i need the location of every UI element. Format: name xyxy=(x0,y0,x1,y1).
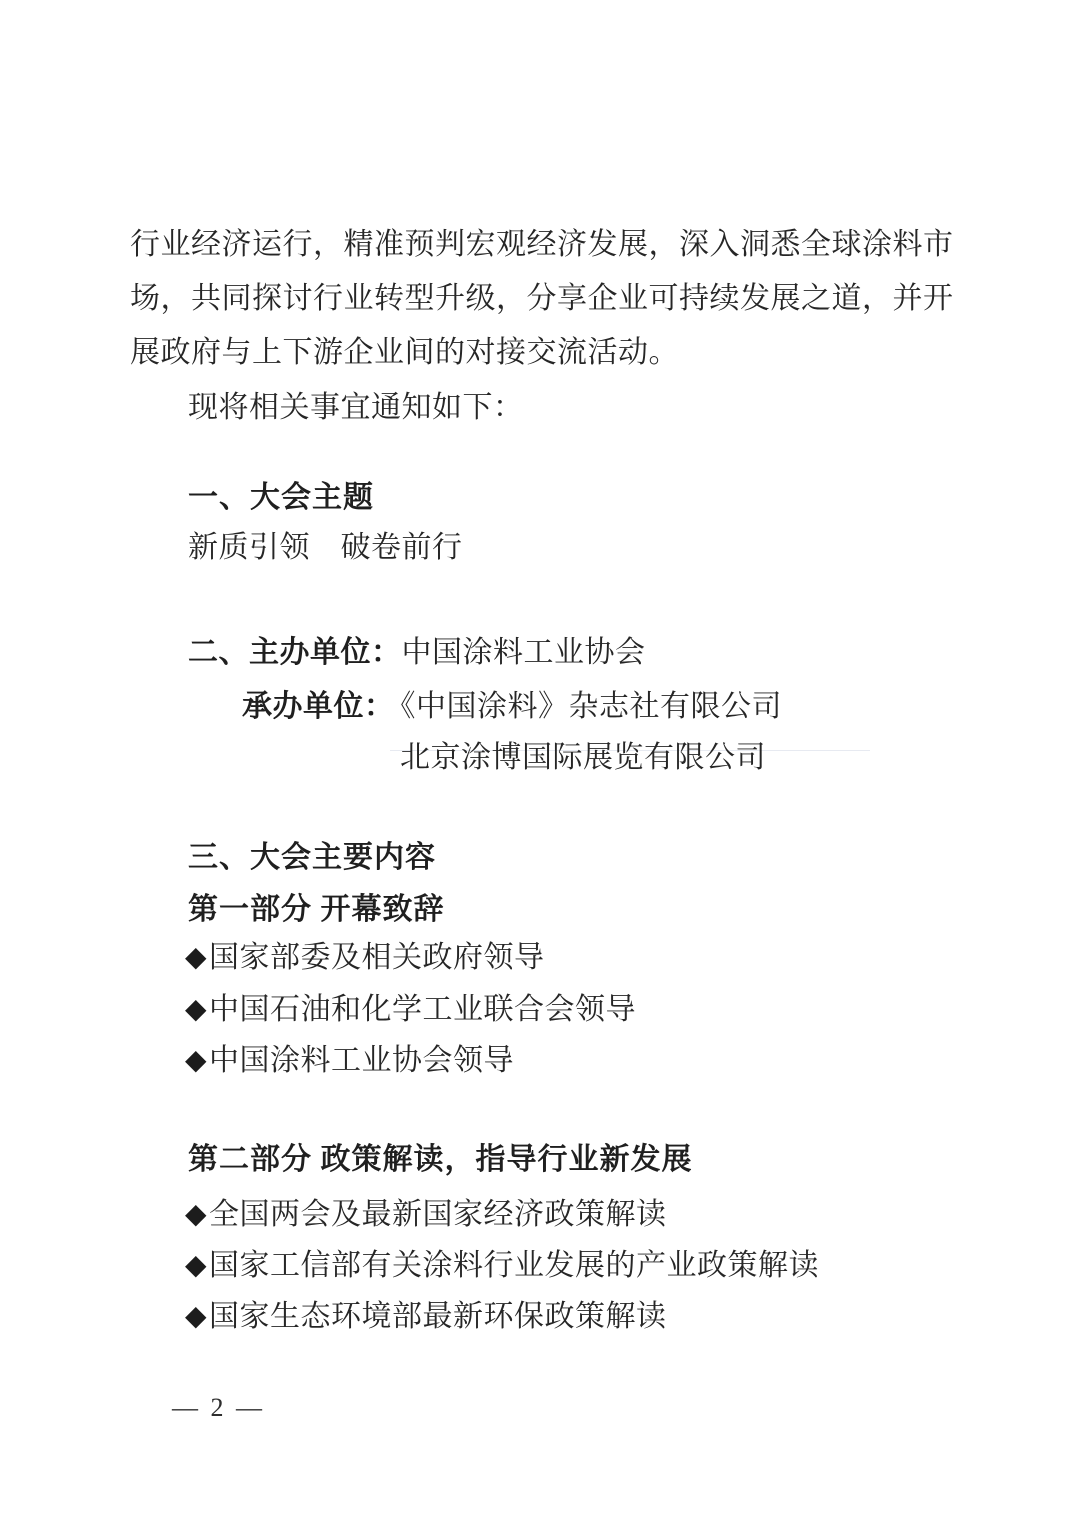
diamond-bullet-icon: ◆ xyxy=(185,1244,207,1288)
organizer-value-2: 北京涂博国际展览有限公司 xyxy=(400,736,766,780)
bullet-item: ◆中国石油和化学工业联合会领导 xyxy=(185,988,636,1032)
bullet-text: 国家工信部有关涂料行业发展的产业政策解读 xyxy=(209,1249,819,1282)
bullet-item: ◆国家工信部有关涂料行业发展的产业政策解读 xyxy=(185,1244,819,1288)
organizer-line: 承办单位：《中国涂料》杂志社有限公司 xyxy=(242,685,782,729)
bullet-text: 中国涂料工业协会领导 xyxy=(209,1044,514,1077)
section3-heading: 三、大会主要内容 xyxy=(188,836,436,880)
paragraph-line: 行业经济运行，精准预判宏观经济发展，深入洞悉全球涂料市 xyxy=(130,223,954,267)
bullet-item: ◆全国两会及最新国家经济政策解读 xyxy=(185,1193,667,1237)
bullet-item: ◆国家生态环境部最新环保政策解读 xyxy=(185,1295,667,1339)
paragraph-line: 场，共同探讨行业转型升级，分享企业可持续发展之道，并开 xyxy=(130,277,954,321)
bullet-text: 全国两会及最新国家经济政策解读 xyxy=(209,1198,667,1231)
host-value: 中国涂料工业协会 xyxy=(402,636,646,669)
organizer-value: 《中国涂料》杂志社有限公司 xyxy=(401,690,783,723)
paragraph-line: 展政府与上下游企业间的对接交流活动。 xyxy=(130,331,679,375)
organizer-label: 承办单位： xyxy=(242,690,395,723)
diamond-bullet-icon: ◆ xyxy=(185,936,207,980)
notice-line: 现将相关事宜通知如下： xyxy=(188,386,524,430)
bullet-text: 中国石油和化学工业联合会领导 xyxy=(209,993,636,1026)
bullet-text: 国家部委及相关政府领导 xyxy=(209,941,545,974)
bullet-item: ◆中国涂料工业协会领导 xyxy=(185,1039,514,1083)
host-label: 二、主办单位： xyxy=(188,636,402,669)
diamond-bullet-icon: ◆ xyxy=(185,988,207,1032)
part2-title: 第二部分 政策解读，指导行业新发展 xyxy=(188,1138,693,1182)
section1-heading: 一、大会主题 xyxy=(188,476,374,520)
diamond-bullet-icon: ◆ xyxy=(185,1039,207,1083)
conference-theme: 新质引领 破卷前行 xyxy=(188,526,463,570)
bullet-text: 国家生态环境部最新环保政策解读 xyxy=(209,1300,667,1333)
host-line: 二、主办单位：中国涂料工业协会 xyxy=(188,631,646,675)
part1-title: 第一部分 开幕致辞 xyxy=(188,888,445,932)
bullet-item: ◆国家部委及相关政府领导 xyxy=(185,936,545,980)
page-number: — 2 — xyxy=(172,1390,265,1426)
diamond-bullet-icon: ◆ xyxy=(185,1295,207,1339)
diamond-bullet-icon: ◆ xyxy=(185,1193,207,1237)
document-page: 行业经济运行，精准预判宏观经济发展，深入洞悉全球涂料市 场，共同探讨行业转型升级… xyxy=(0,0,1080,1527)
